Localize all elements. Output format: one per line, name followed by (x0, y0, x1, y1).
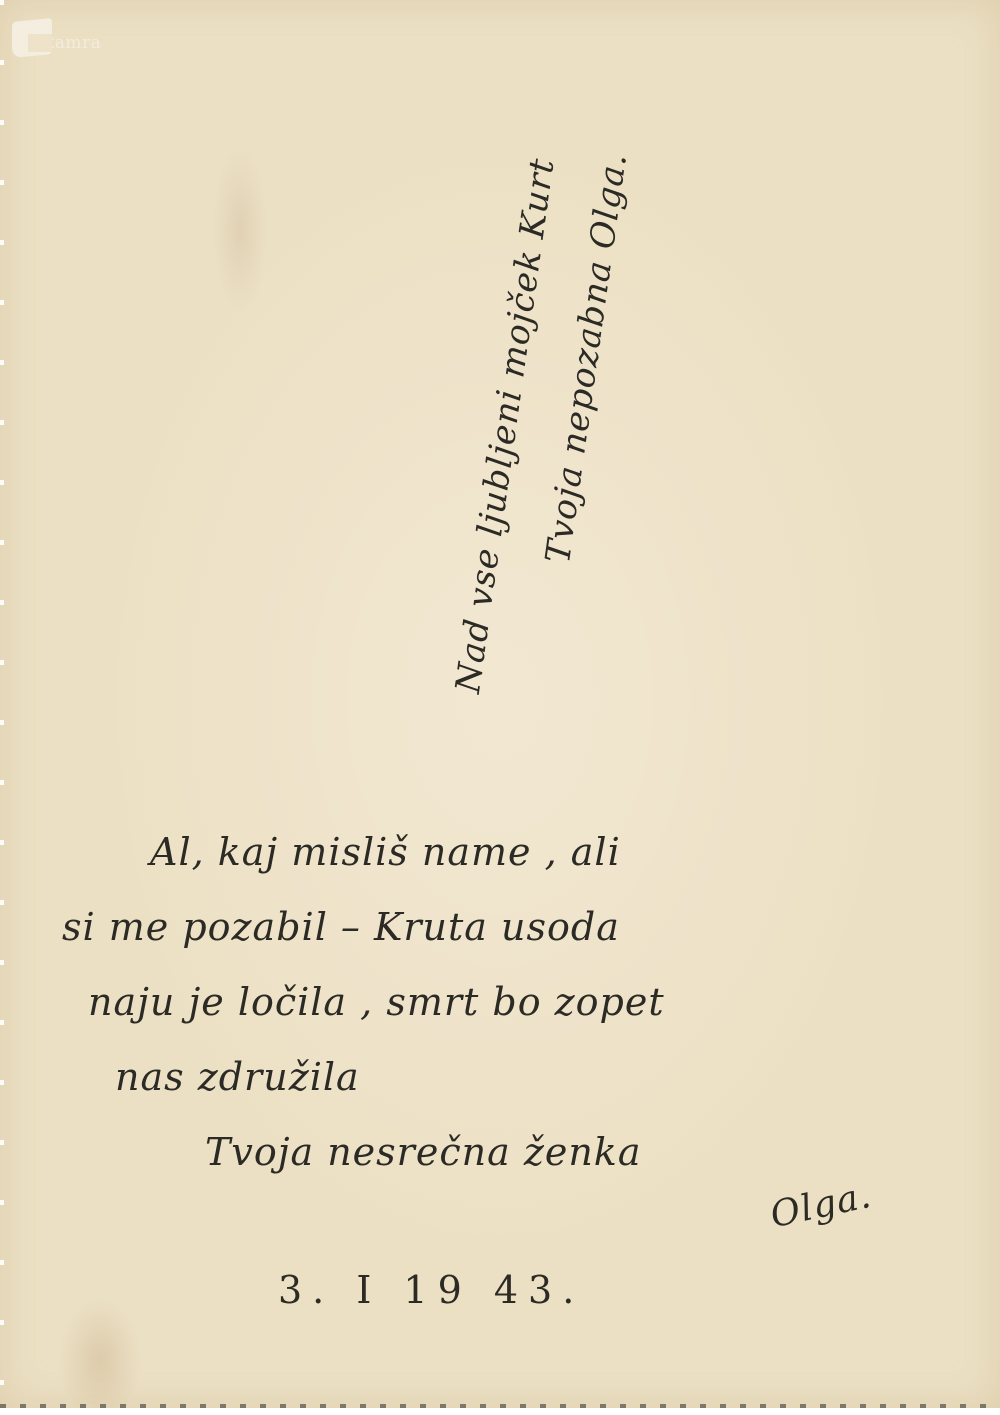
watermark-text: kamra (44, 33, 101, 53)
vertical-dedication-line-1: Nad vse ljubljeni mojček Kurt (448, 156, 563, 696)
deckled-bottom-edge (0, 1404, 1000, 1408)
letter-line-3: naju je ločila , smrt bo zopet (88, 980, 665, 1024)
letter-line-2: si me pozabil – Kruta usoda (62, 905, 620, 949)
letter-line-4: nas združila (115, 1055, 360, 1099)
letter-closing: Tvoja nesrečna ženka (205, 1130, 641, 1174)
kamra-logo-icon (10, 12, 52, 54)
watermark: kamra (10, 12, 101, 54)
date: 3. I 19 43. (278, 1268, 584, 1312)
card-back: kamra Nad vse ljubljeni mojček Kurt Tvoj… (0, 0, 1000, 1408)
deckled-left-edge (0, 0, 4, 1408)
signature: Olga. (767, 1175, 875, 1236)
letter-line-1: Al, kaj misliš name , ali (150, 830, 621, 874)
